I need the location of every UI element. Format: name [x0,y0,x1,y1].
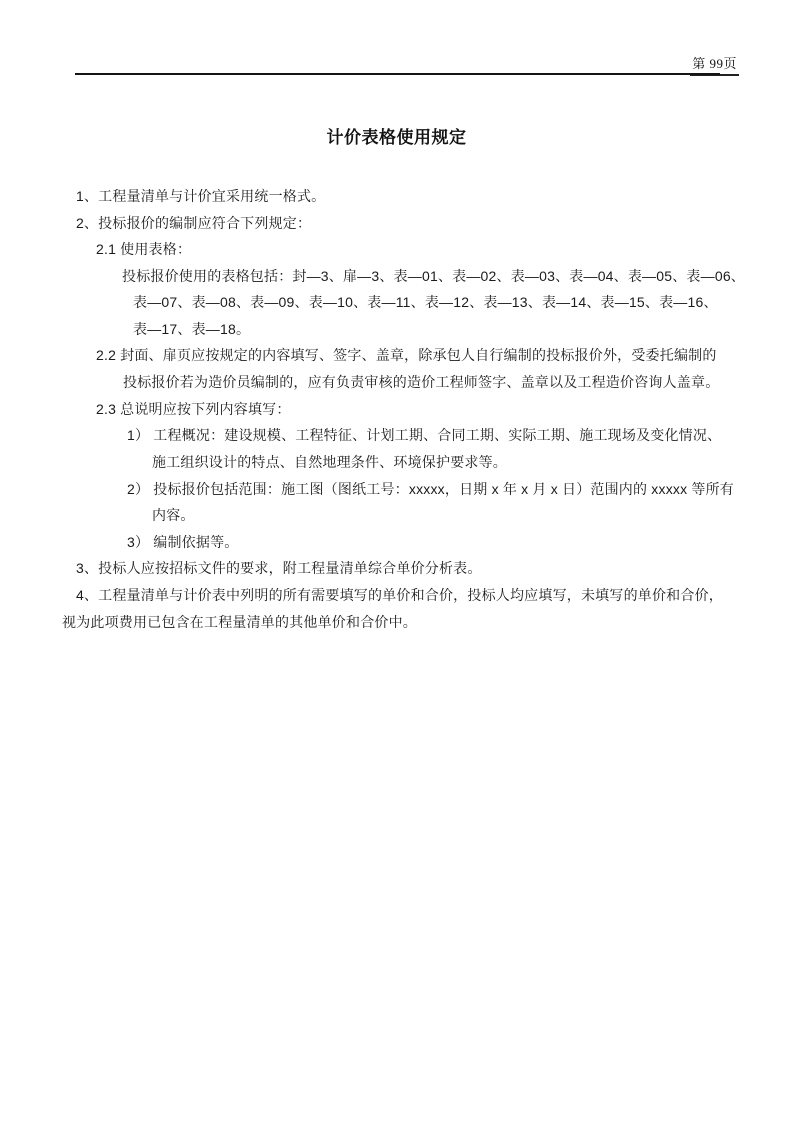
body-line: 投标报价使用的表格包括：封—3、扉—3、表—01、表—02、表—03、表—04、… [122,263,745,290]
body-line: 内容。 [152,502,195,529]
header-rule [75,73,720,75]
body-line: 2.3 总说明应按下列内容填写： [96,396,291,423]
body-line: 投标报价若为造价员编制的，应有负责审核的造价工程师签字、盖章以及工程造价咨询人盖… [123,369,719,396]
body-line: 2.1 使用表格： [96,236,191,263]
body-line: 3、投标人应按招标文件的要求，附工程量清单综合单价分析表。 [76,555,482,582]
body-line: 1、工程量清单与计价宜采用统一格式。 [76,183,325,210]
body-line: 2、投标报价的编制应符合下列规定： [76,210,311,237]
document-page: 第 99页 计价表格使用规定 1、工程量清单与计价宜采用统一格式。 2、投标报价… [0,0,793,1122]
page-title: 计价表格使用规定 [0,123,793,148]
body-line: 2.2 封面、扉页应按规定的内容填写、签字、盖章，除承包人自行编制的投标报价外，… [96,342,717,369]
body-line: 2） 投标报价包括范围：施工图（图纸工号：xxxxx，日期 x 年 x 月 x … [127,476,734,503]
body-line: 视为此项费用已包含在工程量清单的其他单价和合价中。 [62,609,417,636]
body-line: 1） 工程概况：建设规模、工程特征、计划工期、合同工期、实际工期、施工现场及变化… [127,422,721,449]
body-line: 3） 编制依据等。 [127,529,238,556]
body-line: 表—07、表—08、表—09、表—10、表—11、表—12、表—13、表—14、… [133,289,718,316]
body-line: 表—17、表—18。 [133,316,250,343]
body-line: 施工组织设计的特点、自然地理条件、环境保护要求等。 [152,449,507,476]
body-line: 4、工程量清单与计价表中列明的所有需要填写的单价和合价，投标人均应填写，未填写的… [76,582,723,609]
